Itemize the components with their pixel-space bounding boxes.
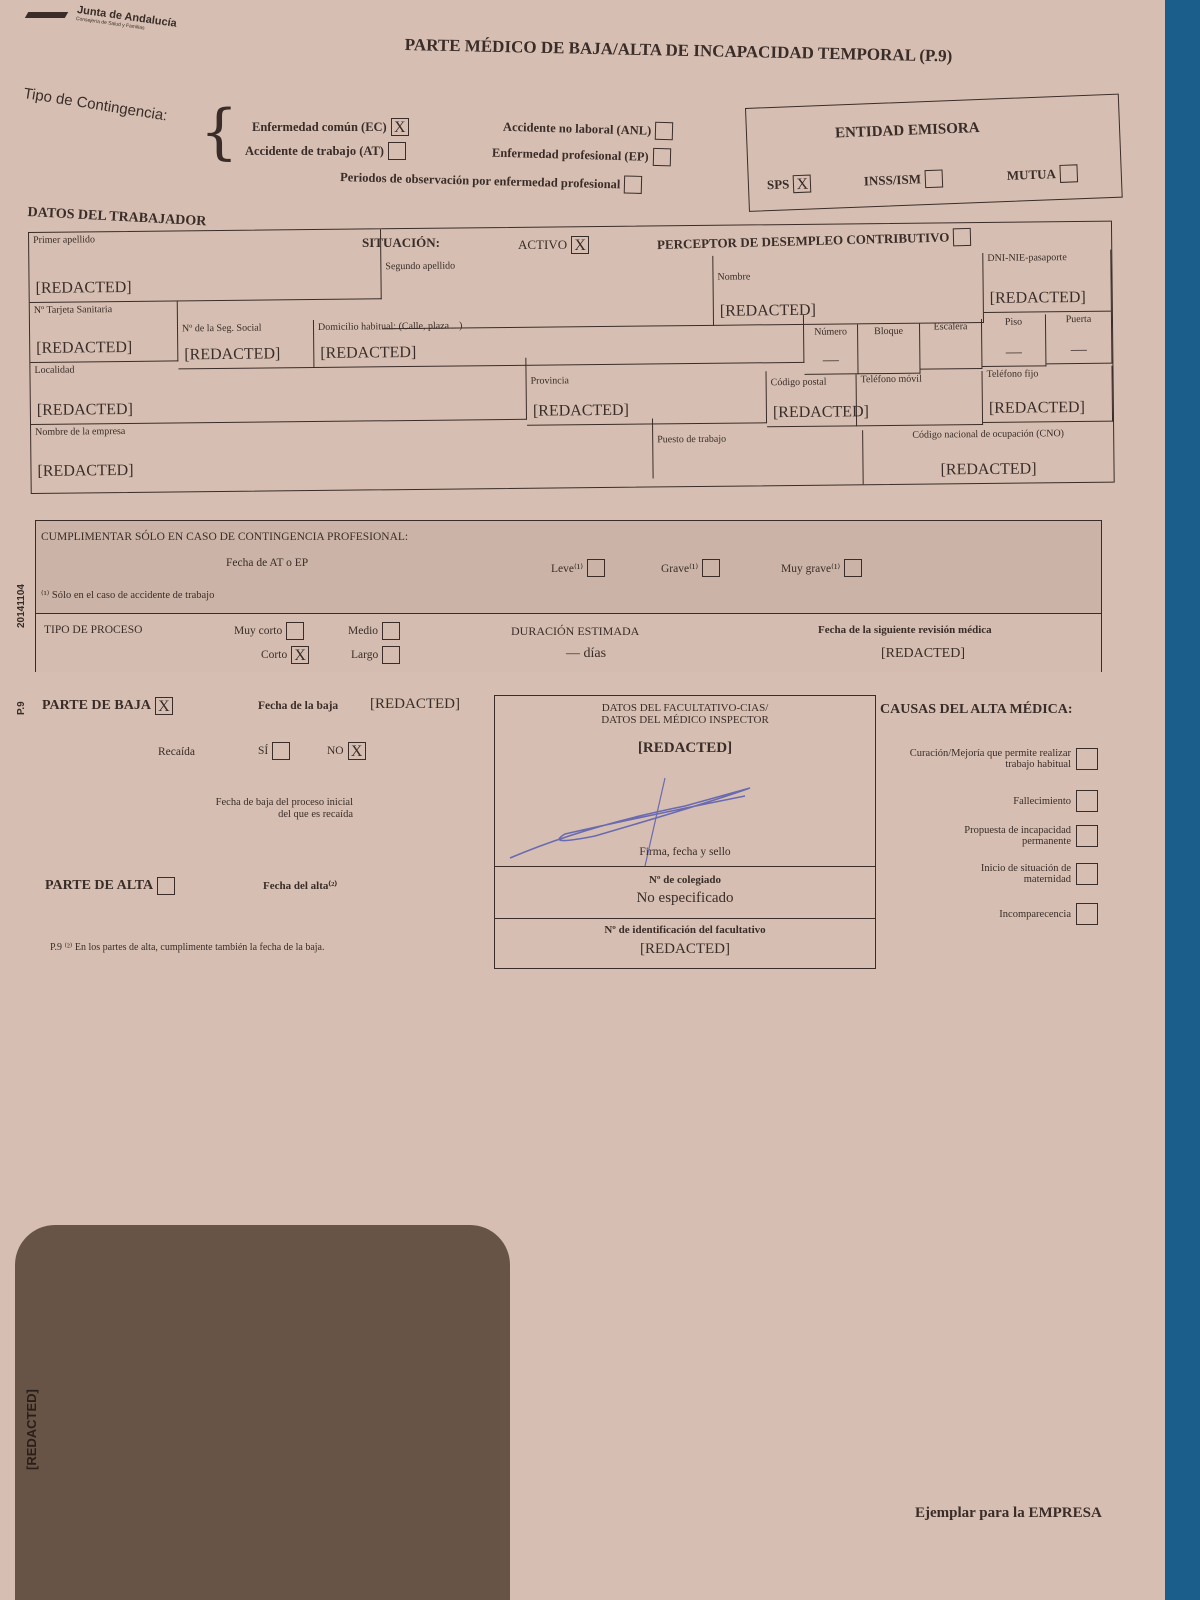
checkbox-curacion[interactable]	[1076, 748, 1098, 770]
worker-data-grid: Primer apellido[REDACTED] Segundo apelli…	[28, 221, 1115, 494]
option-ep: Enfermedad profesional (EP)	[492, 144, 671, 167]
field-numero: Número—	[804, 324, 859, 375]
field-fijo: Teléfono fijo[REDACTED]	[982, 366, 1113, 423]
field-bloque: Bloque	[858, 324, 921, 375]
option-leve: Leve⁽¹⁾	[551, 559, 605, 577]
photo-shadow	[15, 1225, 510, 1600]
logo-mark-icon	[25, 0, 75, 18]
firma-label: Firma, fecha y sello	[495, 846, 875, 858]
option-parte-alta: PARTE DE ALTA	[45, 877, 175, 895]
id-facultativo-label: Nº de identificación del facultativo	[495, 924, 875, 936]
checkbox-observacion[interactable]	[624, 175, 642, 193]
contingencia-label: Tipo de Contingencia:	[22, 85, 168, 125]
contingencia-profesional-box: CUMPLIMENTAR SÓLO EN CASO DE CONTINGENCI…	[35, 520, 1102, 672]
option-mutua: MUTUA	[1006, 164, 1078, 185]
fecha-inicial-label: Fecha de baja del proceso inicialdel que…	[178, 797, 353, 821]
field-escalera: Escalera	[920, 319, 983, 370]
profesional-title: CUMPLIMENTAR SÓLO EN CASO DE CONTINGENCI…	[41, 531, 408, 543]
field-cno: Código nacional de ocupación (CNO)[REDAC…	[863, 426, 1114, 485]
option-largo: Largo	[351, 646, 400, 664]
recaida-label: Recaída	[158, 746, 195, 758]
facultativo-box: DATOS DEL FACULTATIVO-CIAS/DATOS DEL MÉD…	[494, 695, 876, 969]
revision-label: Fecha de la siguiente revisión médica	[818, 624, 992, 636]
field-localidad: Localidad[REDACTED]	[30, 358, 527, 425]
entidad-title: ENTIDAD EMISORA	[835, 120, 980, 143]
causas-title: CAUSAS DEL ALTA MÉDICA:	[880, 702, 1073, 718]
org-logo: Junta de Andalucía Consejería de Salud y…	[75, 4, 177, 36]
checkbox-inss[interactable]	[925, 169, 944, 188]
option-anl: Accidente no laboral (ANL)	[503, 118, 674, 140]
option-no: NOX	[327, 742, 366, 760]
fecha-alta-label: Fecha del alta⁽²⁾	[263, 879, 337, 892]
option-sps: SPSX	[767, 175, 812, 195]
side-code-barcode: [REDACTED]	[24, 1389, 39, 1470]
colegiado-value: No especificado	[495, 890, 875, 907]
checkbox-corto[interactable]: X	[291, 646, 309, 664]
facultativo-title: DATOS DEL FACULTATIVO-CIAS/DATOS DEL MÉD…	[495, 702, 875, 726]
checkbox-at[interactable]	[388, 142, 406, 160]
profesional-note: ⁽¹⁾ Sólo en el caso de accidente de trab…	[41, 589, 214, 601]
page-title: PARTE MÉDICO DE BAJA/ALTA DE INCAPACIDAD…	[405, 35, 953, 66]
field-piso: Piso—	[982, 314, 1047, 367]
field-puesto: Puesto de trabajo	[653, 430, 864, 486]
option-grave: Grave⁽¹⁾	[661, 559, 720, 577]
checkbox-parte-baja[interactable]: X	[155, 697, 173, 715]
option-si: SÍ	[258, 742, 290, 760]
checkbox-sps[interactable]: X	[793, 175, 812, 194]
checkbox-mutua[interactable]	[1060, 164, 1079, 183]
option-corto: CortoX	[261, 646, 309, 664]
field-empresa: Nombre de la empresa[REDACTED]	[31, 418, 654, 485]
checkbox-largo[interactable]	[382, 646, 400, 664]
duracion-value: — días	[566, 646, 606, 662]
alta-note: P.9 ⁽²⁾ En los partes de alta, cumplimen…	[50, 942, 324, 953]
checkbox-si[interactable]	[272, 742, 290, 760]
checkbox-muy-grave[interactable]	[844, 559, 862, 577]
side-code-p9: P.9	[16, 701, 27, 715]
field-dni: DNI-NIE-pasaporte[REDACTED]	[983, 250, 1112, 313]
option-muy-grave: Muy grave⁽¹⁾	[781, 559, 862, 577]
tipo-proceso-row: TIPO DE PROCESO Muy corto CortoX Medio L…	[36, 613, 1101, 672]
option-inss: INSS/ISM	[864, 169, 944, 190]
fecha-at-label: Fecha de AT o EP	[226, 557, 308, 569]
option-muy-corto: Muy corto	[234, 622, 304, 640]
option-at: Accidente de trabajo (AT)	[245, 142, 406, 160]
fecha-baja-label: Fecha de la baja	[258, 700, 338, 712]
field-tarjeta: Nº Tarjeta Sanitaria[REDACTED]	[30, 301, 179, 363]
option-ec: Enfermedad común (EC)X	[252, 118, 409, 136]
colegiado-label: Nº de colegiado	[495, 874, 875, 886]
fecha-baja-value: [REDACTED]	[370, 696, 460, 713]
checkbox-parte-alta[interactable]	[157, 877, 175, 895]
checkbox-maternidad[interactable]	[1076, 863, 1098, 885]
field-movil: Teléfono móvil	[857, 371, 984, 426]
entidad-emisora-box: ENTIDAD EMISORA SPSX INSS/ISM MUTUA	[745, 94, 1123, 212]
checkbox-incapacidad[interactable]	[1076, 825, 1098, 847]
causa-curacion: Curación/Mejoría que permite realizar tr…	[898, 748, 1098, 770]
checkbox-ep[interactable]	[652, 148, 670, 166]
checkbox-grave[interactable]	[702, 559, 720, 577]
copy-label: Ejemplar para la EMPRESA	[915, 1505, 1102, 1522]
checkbox-leve[interactable]	[587, 559, 605, 577]
checkbox-anl[interactable]	[655, 122, 673, 140]
checkbox-muy-corto[interactable]	[286, 622, 304, 640]
checkbox-incomparecencia[interactable]	[1076, 903, 1098, 925]
field-primer-apellido: Primer apellido[REDACTED]	[29, 229, 382, 303]
divider	[495, 918, 875, 919]
divider	[495, 866, 875, 867]
causa-incapacidad: Propuesta de incapacidad permanente	[948, 825, 1098, 847]
field-puerta: Puerta—	[1046, 312, 1113, 365]
checkbox-no[interactable]: X	[348, 742, 366, 760]
checkbox-ec[interactable]: X	[391, 118, 409, 136]
causa-fallecimiento: Fallecimiento	[1013, 790, 1098, 812]
side-code-date: 20141104	[16, 584, 27, 628]
revision-value: [REDACTED]	[881, 646, 965, 662]
field-cp: Código postal[REDACTED]	[767, 374, 858, 427]
option-medio: Medio	[348, 622, 400, 640]
option-parte-baja: PARTE DE BAJAX	[42, 697, 173, 715]
id-facultativo-value: [REDACTED]	[495, 941, 875, 958]
duracion-label: DURACIÓN ESTIMADA	[511, 624, 639, 639]
form-sheet: Junta de Andalucía Consejería de Salud y…	[0, 0, 1165, 1600]
option-observacion: Periodos de observación por enfermedad p…	[340, 168, 643, 194]
checkbox-fallecimiento[interactable]	[1076, 790, 1098, 812]
proceso-label: TIPO DE PROCESO	[44, 624, 142, 636]
trabajador-title: DATOS DEL TRABAJADOR	[27, 205, 207, 230]
causa-incomparecencia: Incomparecencia	[999, 903, 1098, 925]
facultativo-name: [REDACTED]	[495, 740, 875, 757]
brace-icon: {	[200, 102, 238, 162]
causa-maternidad: Inicio de situación de maternidad	[958, 863, 1098, 885]
checkbox-medio[interactable]	[382, 622, 400, 640]
